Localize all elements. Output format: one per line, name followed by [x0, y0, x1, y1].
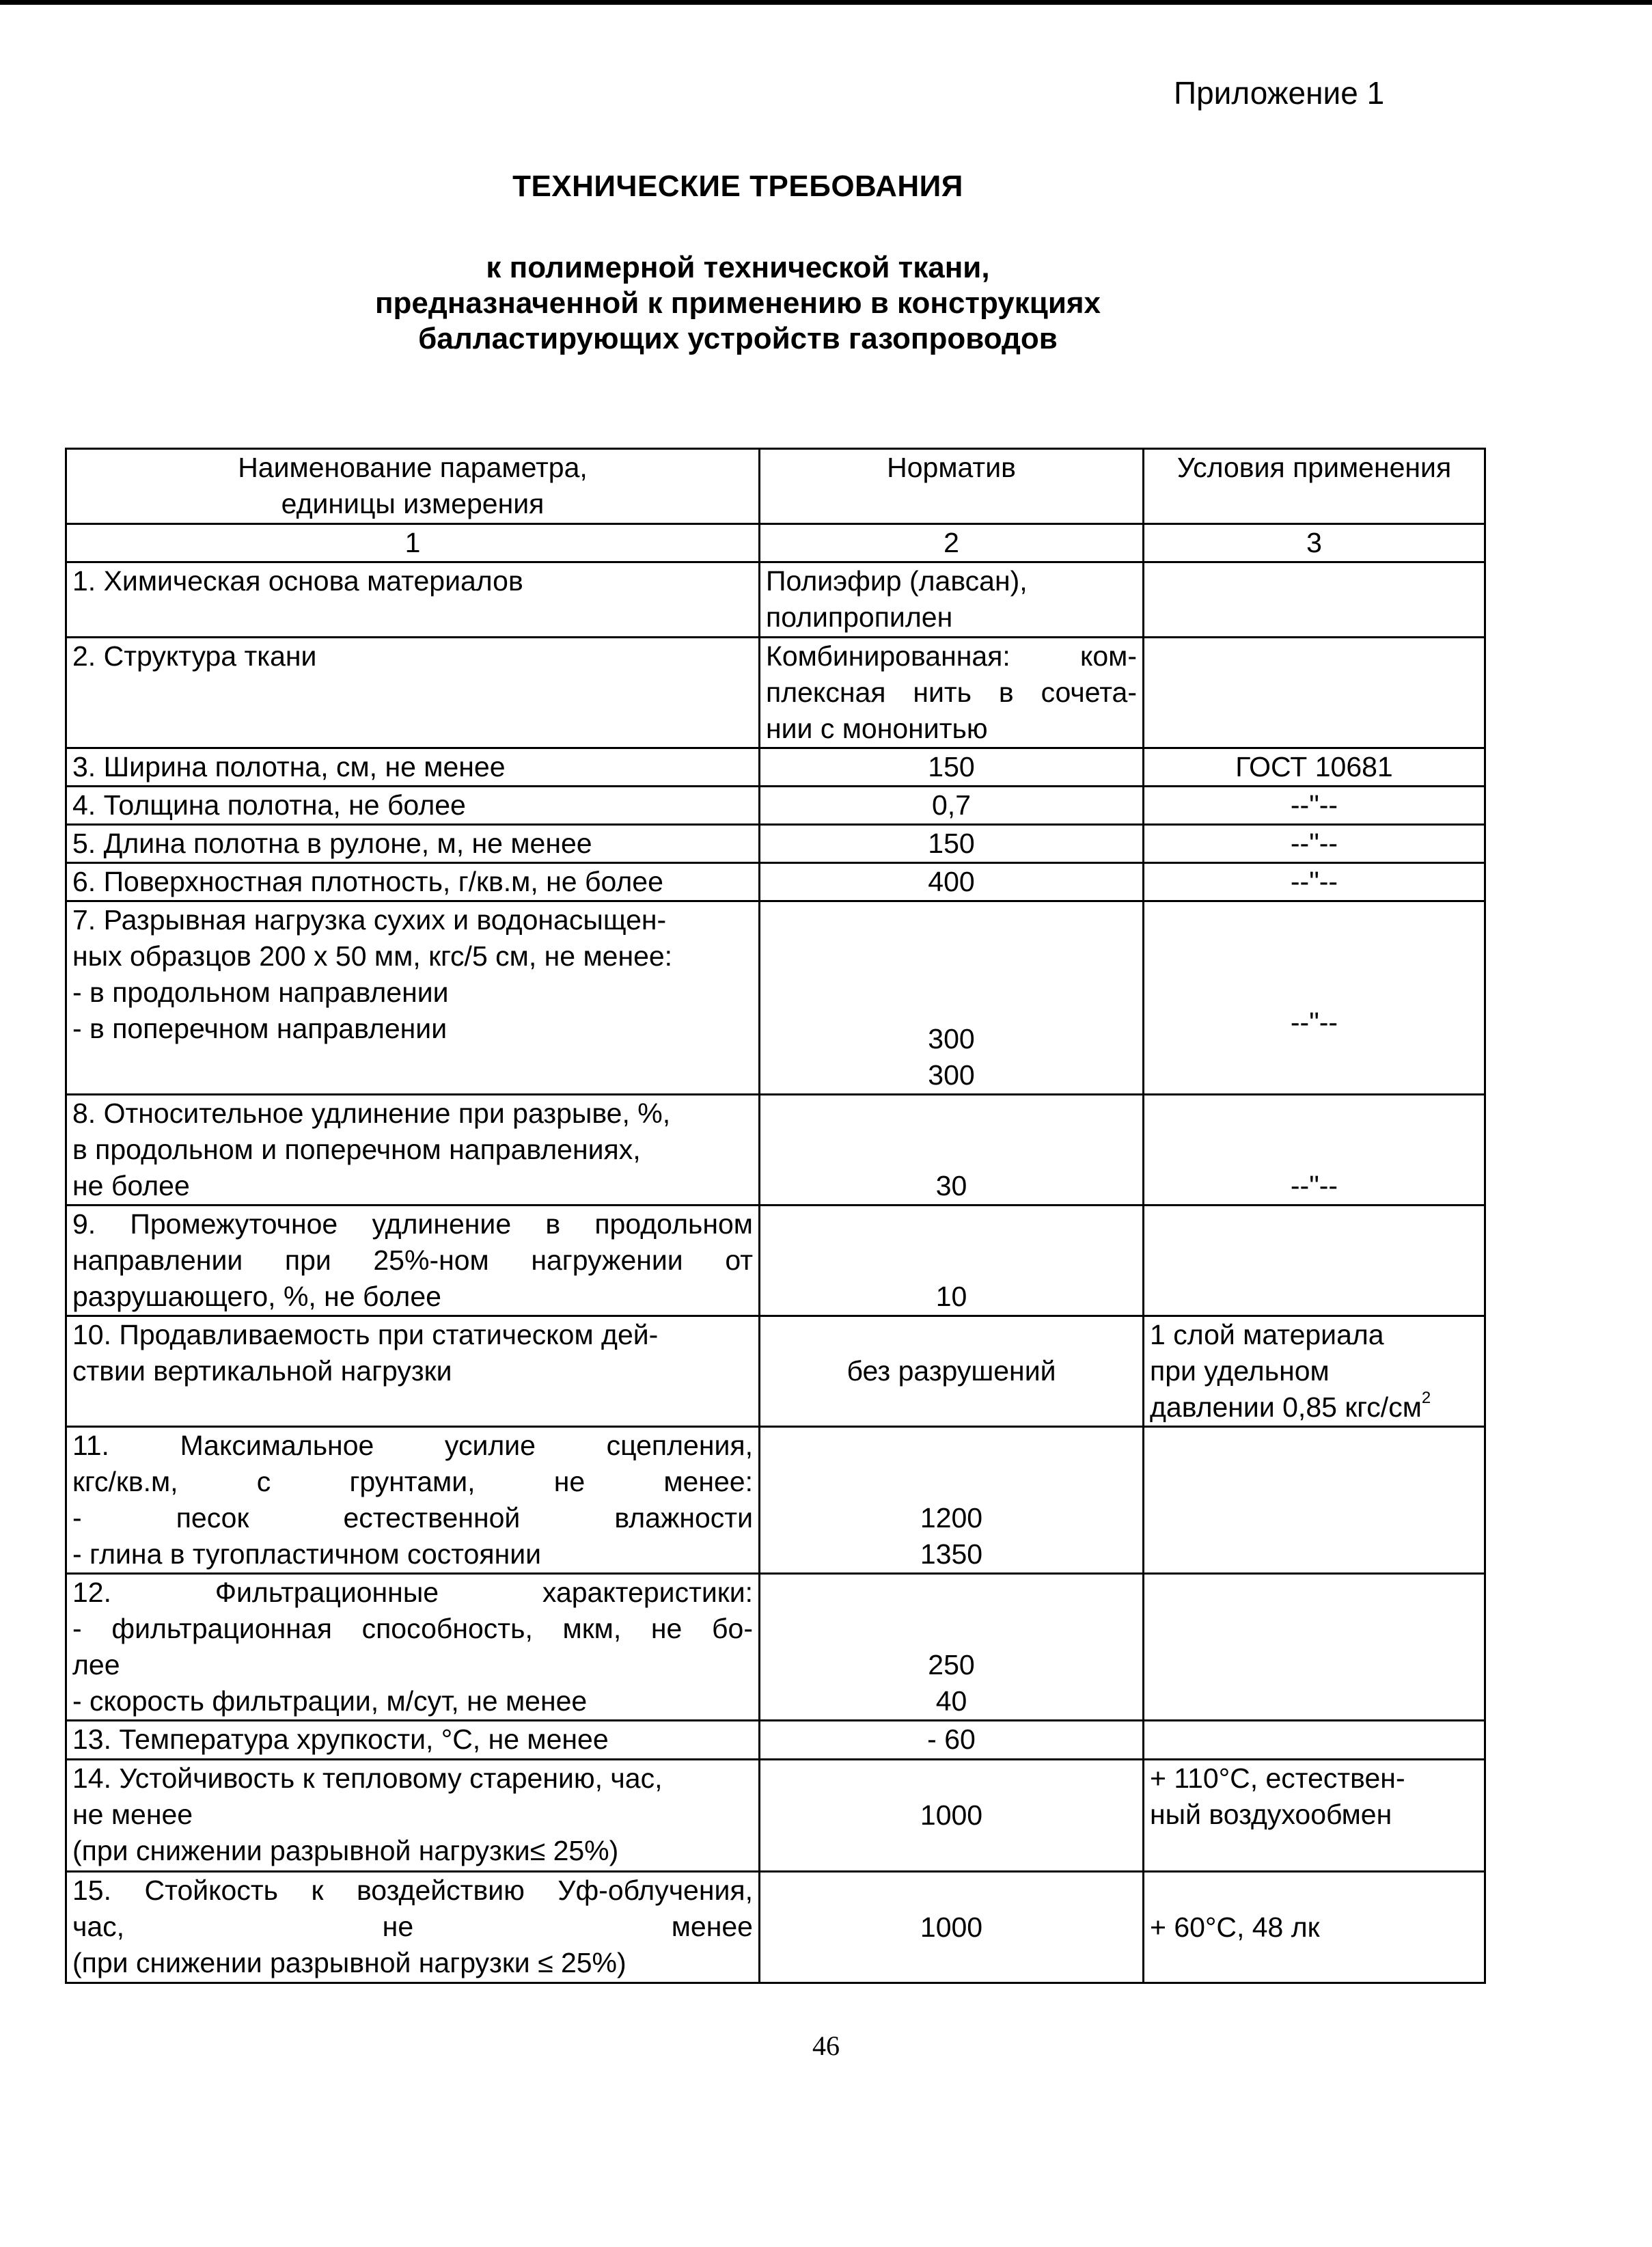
parameter-cell: 11. Максимальное усилие сцепления,кгс/кв…	[66, 1427, 760, 1574]
conditions-cell	[1144, 1206, 1485, 1316]
table-row: 15. Стойкость к воздействию Уф-облучения…	[66, 1872, 1485, 1983]
norm-cell: 150	[760, 825, 1144, 863]
parameter-cell: 8. Относительное удлинение при разрыве, …	[66, 1095, 760, 1206]
table-row: 10. Продавливаемость при статическом дей…	[66, 1316, 1485, 1427]
norm-cell: - 60	[760, 1721, 1144, 1760]
column-number: 1	[66, 524, 760, 562]
conditions-cell: --"--	[1144, 825, 1485, 863]
parameter-cell: 9. Промежуточное удлинение в продольномн…	[66, 1206, 760, 1316]
norm-cell: 300300	[760, 901, 1144, 1095]
norm-cell: 10	[760, 1206, 1144, 1316]
subtitle-line: балластирующих устройств газопроводов	[0, 321, 1476, 357]
conditions-cell	[1144, 1574, 1485, 1721]
conditions-cell	[1144, 1721, 1485, 1760]
conditions-cell: --"--	[1144, 863, 1485, 901]
column-header-conditions: Условия применения	[1144, 449, 1485, 524]
table-row: 3. Ширина полотна, см, не менее150ГОСТ 1…	[66, 748, 1485, 787]
parameter-cell: 13. Температура хрупкости, °С, не менее	[66, 1721, 760, 1760]
scan-top-edge	[0, 0, 1652, 5]
requirements-table: Наименование параметра, единицы измерени…	[65, 448, 1486, 1984]
parameter-cell: 14. Устойчивость к тепловому старению, ч…	[66, 1760, 760, 1872]
norm-cell: 1000	[760, 1872, 1144, 1983]
norm-cell: 25040	[760, 1574, 1144, 1721]
page-number: 46	[0, 2030, 1652, 2062]
norm-cell: без разрушений	[760, 1316, 1144, 1427]
norm-cell: 150	[760, 748, 1144, 787]
column-header-parameter: Наименование параметра, единицы измерени…	[66, 449, 760, 524]
norm-cell: 1000	[760, 1760, 1144, 1872]
parameter-cell: 7. Разрывная нагрузка сухих и водонасыще…	[66, 901, 760, 1095]
column-number: 2	[760, 524, 1144, 562]
conditions-cell: + 60°С, 48 лк	[1144, 1872, 1485, 1983]
norm-cell: 30	[760, 1095, 1144, 1206]
table-row: 1. Химическая основа материаловПолиэфир …	[66, 562, 1485, 638]
table-row: 6. Поверхностная плотность, г/кв.м, не б…	[66, 863, 1485, 901]
parameter-cell: 12. Фильтрационные характеристики:- филь…	[66, 1574, 760, 1721]
parameter-cell: 4. Толщина полотна, не более	[66, 787, 760, 825]
conditions-cell: + 110°С, естествен-ный воздухообмен	[1144, 1760, 1485, 1872]
table-row: 5. Длина полотна в рулоне, м, не менее15…	[66, 825, 1485, 863]
norm-cell: 0,7	[760, 787, 1144, 825]
conditions-cell: --"--	[1144, 901, 1485, 1095]
superscript: 2	[1422, 1389, 1431, 1407]
conditions-cell: --"--	[1144, 787, 1485, 825]
document-subtitle: к полимерной технической ткани, предназн…	[0, 250, 1476, 357]
table-row: 9. Промежуточное удлинение в продольномн…	[66, 1206, 1485, 1316]
document-title: ТЕХНИЧЕСКИЕ ТРЕБОВАНИЯ	[0, 169, 1476, 204]
table-row: 7. Разрывная нагрузка сухих и водонасыще…	[66, 901, 1485, 1095]
parameter-cell: 6. Поверхностная плотность, г/кв.м, не б…	[66, 863, 760, 901]
column-number: 3	[1144, 524, 1485, 562]
column-header-norm: Норматив	[760, 449, 1144, 524]
parameter-cell: 1. Химическая основа материалов	[66, 562, 760, 638]
conditions-cell: ГОСТ 10681	[1144, 748, 1485, 787]
table-row: 2. Структура тканиКомбинированная: ком-п…	[66, 638, 1485, 748]
appendix-label: Приложение 1	[1174, 74, 1384, 112]
conditions-cell	[1144, 1427, 1485, 1574]
table-row: 8. Относительное удлинение при разрыве, …	[66, 1095, 1485, 1206]
conditions-cell	[1144, 562, 1485, 638]
conditions-cell: --"--	[1144, 1095, 1485, 1206]
conditions-cell	[1144, 638, 1485, 748]
table-row: 14. Устойчивость к тепловому старению, ч…	[66, 1760, 1485, 1872]
subtitle-line: к полимерной технической ткани,	[0, 250, 1476, 286]
table-row: 12. Фильтрационные характеристики:- филь…	[66, 1574, 1485, 1721]
norm-cell: 12001350	[760, 1427, 1144, 1574]
table-row: 11. Максимальное усилие сцепления,кгс/кв…	[66, 1427, 1485, 1574]
parameter-cell: 3. Ширина полотна, см, не менее	[66, 748, 760, 787]
parameter-cell: 2. Структура ткани	[66, 638, 760, 748]
parameter-cell: 15. Стойкость к воздействию Уф-облучения…	[66, 1872, 760, 1983]
norm-cell: 400	[760, 863, 1144, 901]
column-number-row: 1 2 3	[66, 524, 1485, 562]
norm-cell: Полиэфир (лавсан),полипропилен	[760, 562, 1144, 638]
conditions-cell: 1 слой материалапри удельномдавлении 0,8…	[1144, 1316, 1485, 1427]
parameter-cell: 5. Длина полотна в рулоне, м, не менее	[66, 825, 760, 863]
table-header-row: Наименование параметра, единицы измерени…	[66, 449, 1485, 524]
subtitle-line: предназначенной к применению в конструкц…	[0, 286, 1476, 321]
parameter-cell: 10. Продавливаемость при статическом дей…	[66, 1316, 760, 1427]
table-row: 13. Температура хрупкости, °С, не менее-…	[66, 1721, 1485, 1760]
norm-cell: Комбинированная: ком-плексная нить в соч…	[760, 638, 1144, 748]
table-row: 4. Толщина полотна, не более0,7--"--	[66, 787, 1485, 825]
